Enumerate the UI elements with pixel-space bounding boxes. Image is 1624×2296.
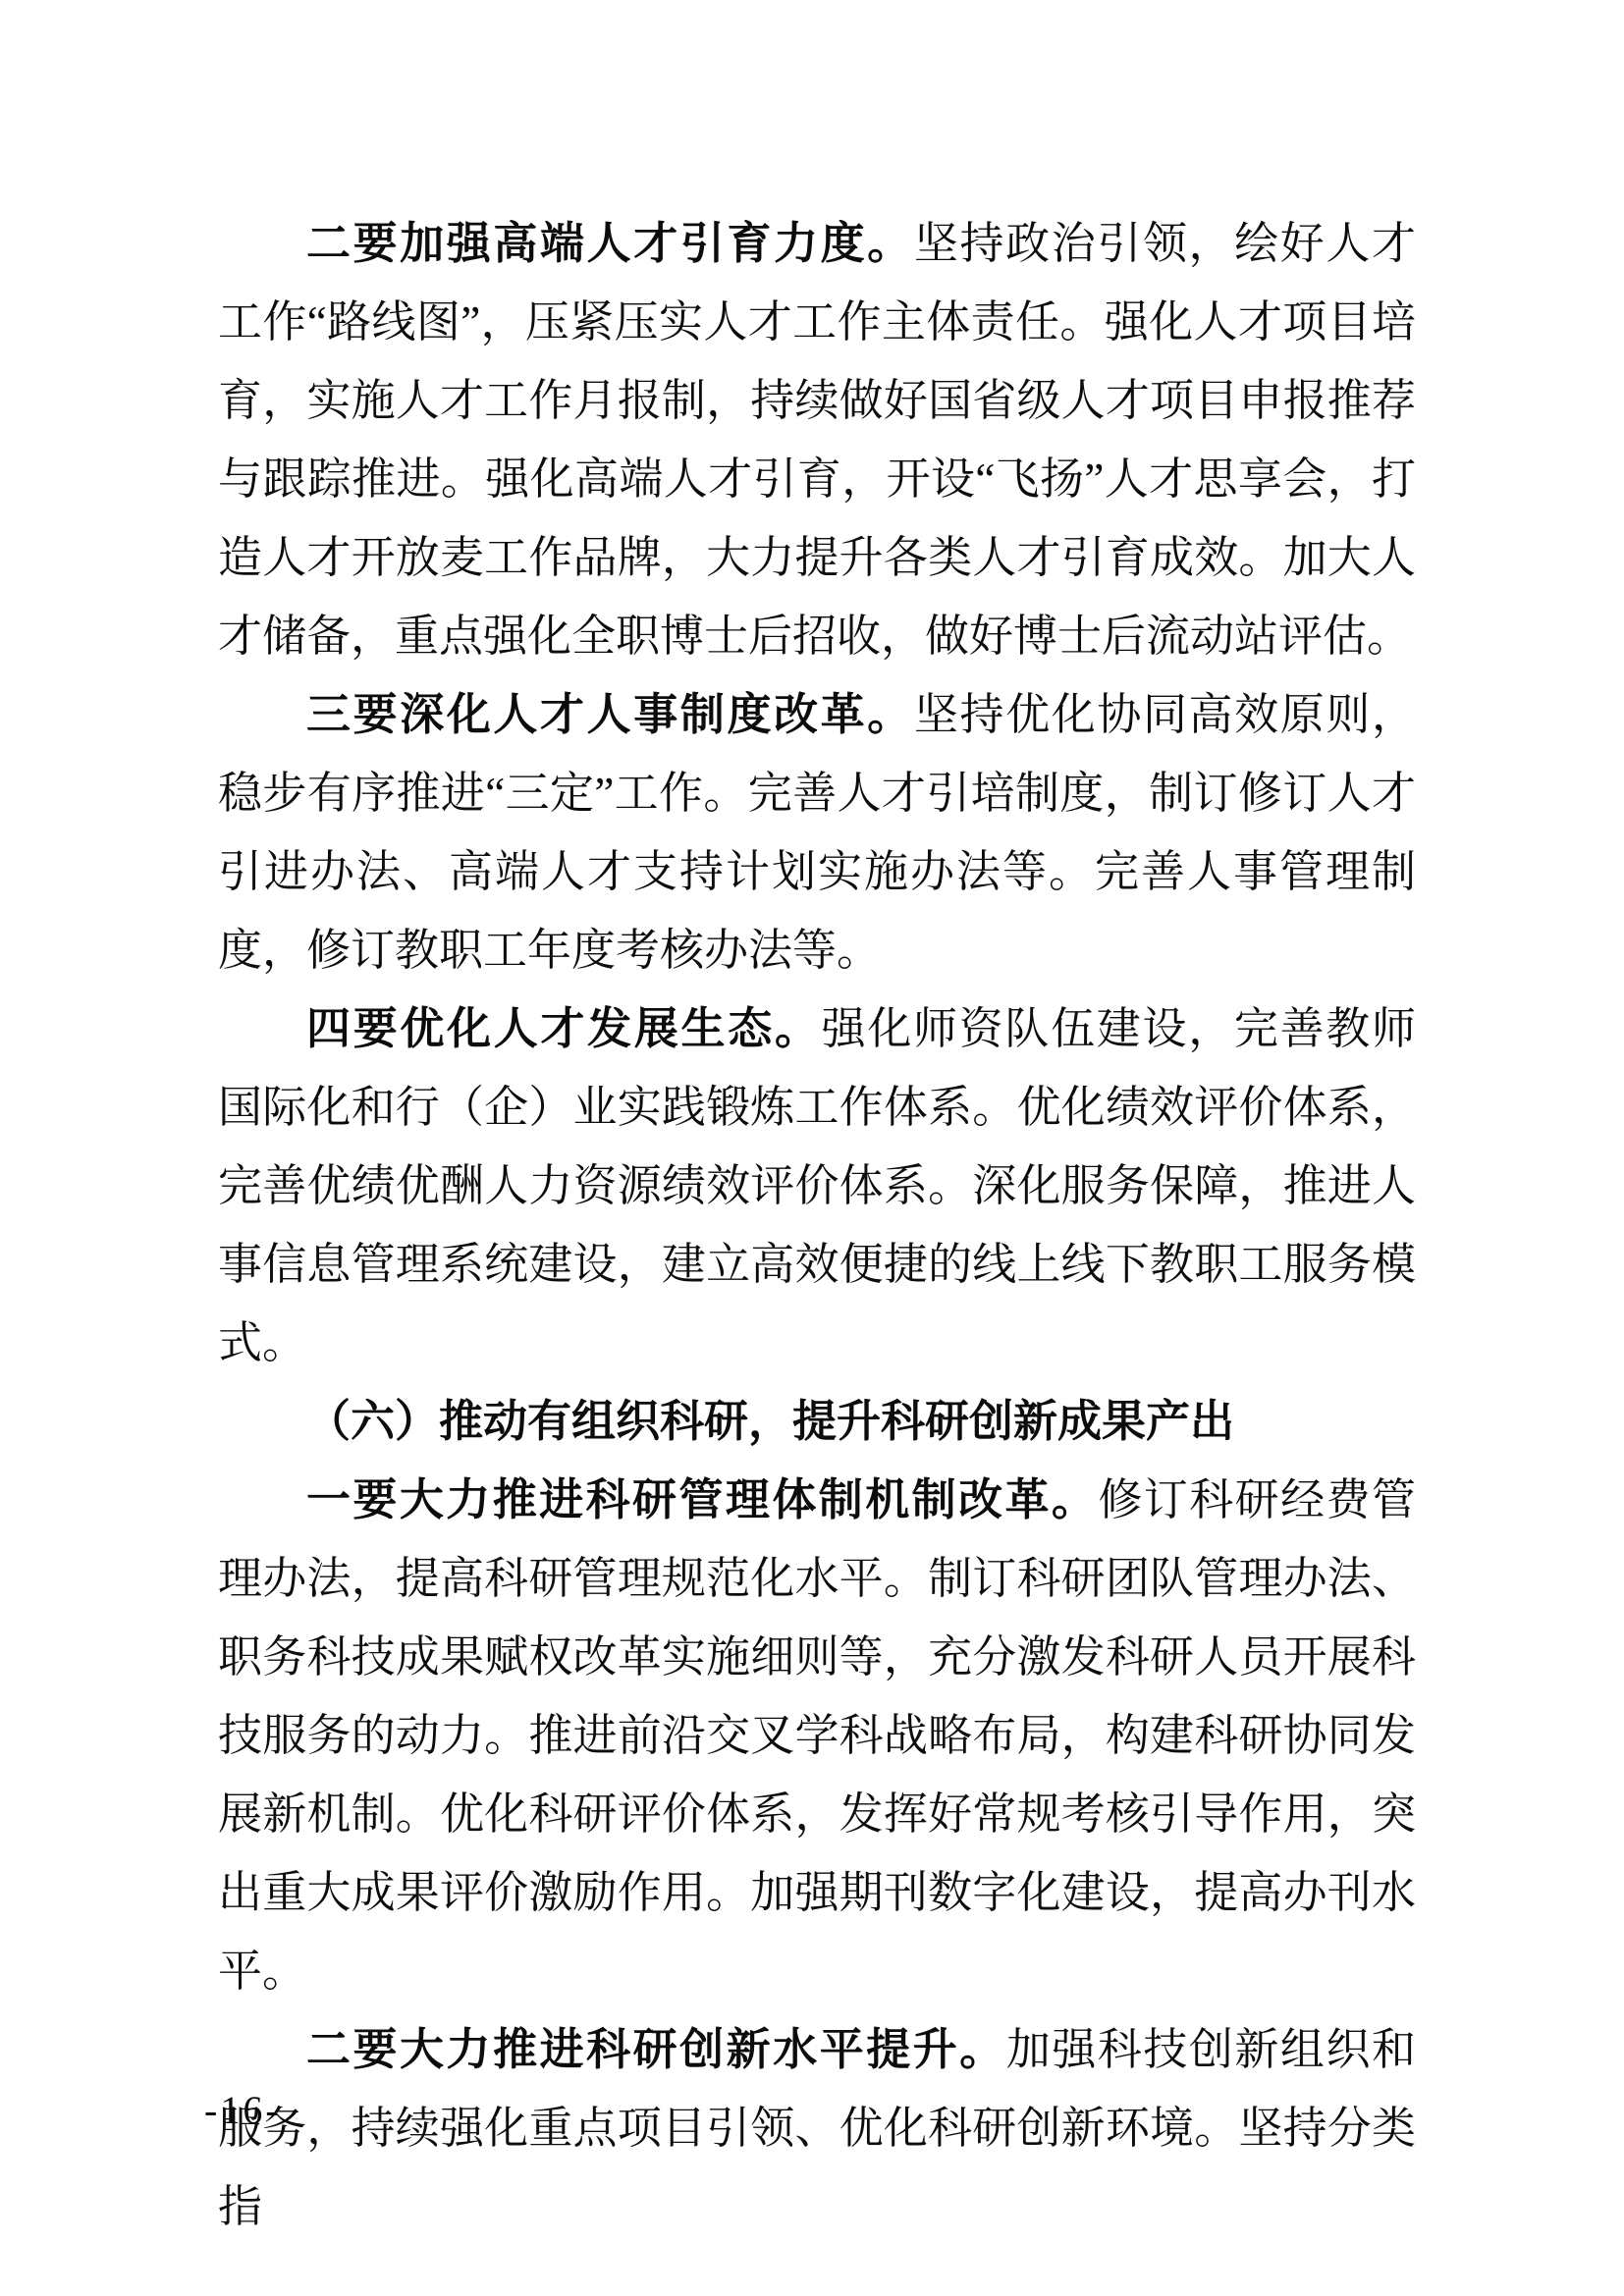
document-body: 二要加强高端人才引育力度。坚持政治引领，绘好人才工作“路线图”，压紧压实人才工作… bbox=[218, 204, 1416, 2246]
paragraph-personnel-reform: 三要深化人才人事制度改革。坚持优化协同高效原则，稳步有序推进“三定”工作。完善人… bbox=[218, 675, 1416, 989]
document-page: { "document": { "page_number": "-16-", "… bbox=[0, 0, 1624, 2296]
paragraph-lead: 一要大力推进科研管理体制机制改革。 bbox=[306, 1474, 1098, 1524]
paragraph-talent-ecosystem: 四要优化人才发展生态。强化师资队伍建设，完善教师国际化和行（企）业实践锻炼工作体… bbox=[218, 989, 1416, 1382]
paragraph-talent-recruitment: 二要加强高端人才引育力度。坚持政治引领，绘好人才工作“路线图”，压紧压实人才工作… bbox=[218, 204, 1416, 675]
paragraph-lead: 三要深化人才人事制度改革。 bbox=[306, 689, 914, 739]
section-heading-text: （六）推动有组织科研，提升科研创新成果产出 bbox=[306, 1397, 1234, 1446]
paragraph-research-innovation: 二要大力推进科研创新水平提升。加强科技创新组织和服务，持续强化重点项目引领、优化… bbox=[218, 2010, 1416, 2246]
paragraph-lead: 四要优化人才发展生态。 bbox=[306, 1003, 822, 1053]
page-number: -16- bbox=[204, 2087, 282, 2133]
section-heading-six: （六）推动有组织科研，提升科研创新成果产出 bbox=[218, 1382, 1416, 1461]
paragraph-text: 强化师资队伍建设，完善教师国际化和行（企）业实践锻炼工作体系。优化绩效评价体系，… bbox=[218, 1004, 1416, 1367]
paragraph-lead: 二要大力推进科研创新水平提升。 bbox=[306, 2024, 1006, 2074]
paragraph-text: 修订科研经费管理办法，提高科研管理规范化水平。制订科研团队管理办法、职务科技成果… bbox=[218, 1475, 1416, 1996]
paragraph-text: 坚持政治引领，绘好人才工作“路线图”，压紧压实人才工作主体责任。强化人才项目培育… bbox=[218, 219, 1416, 661]
paragraph-lead: 二要加强高端人才引育力度。 bbox=[306, 218, 914, 268]
paragraph-research-management: 一要大力推进科研管理体制机制改革。修订科研经费管理办法，提高科研管理规范化水平。… bbox=[218, 1461, 1416, 2010]
